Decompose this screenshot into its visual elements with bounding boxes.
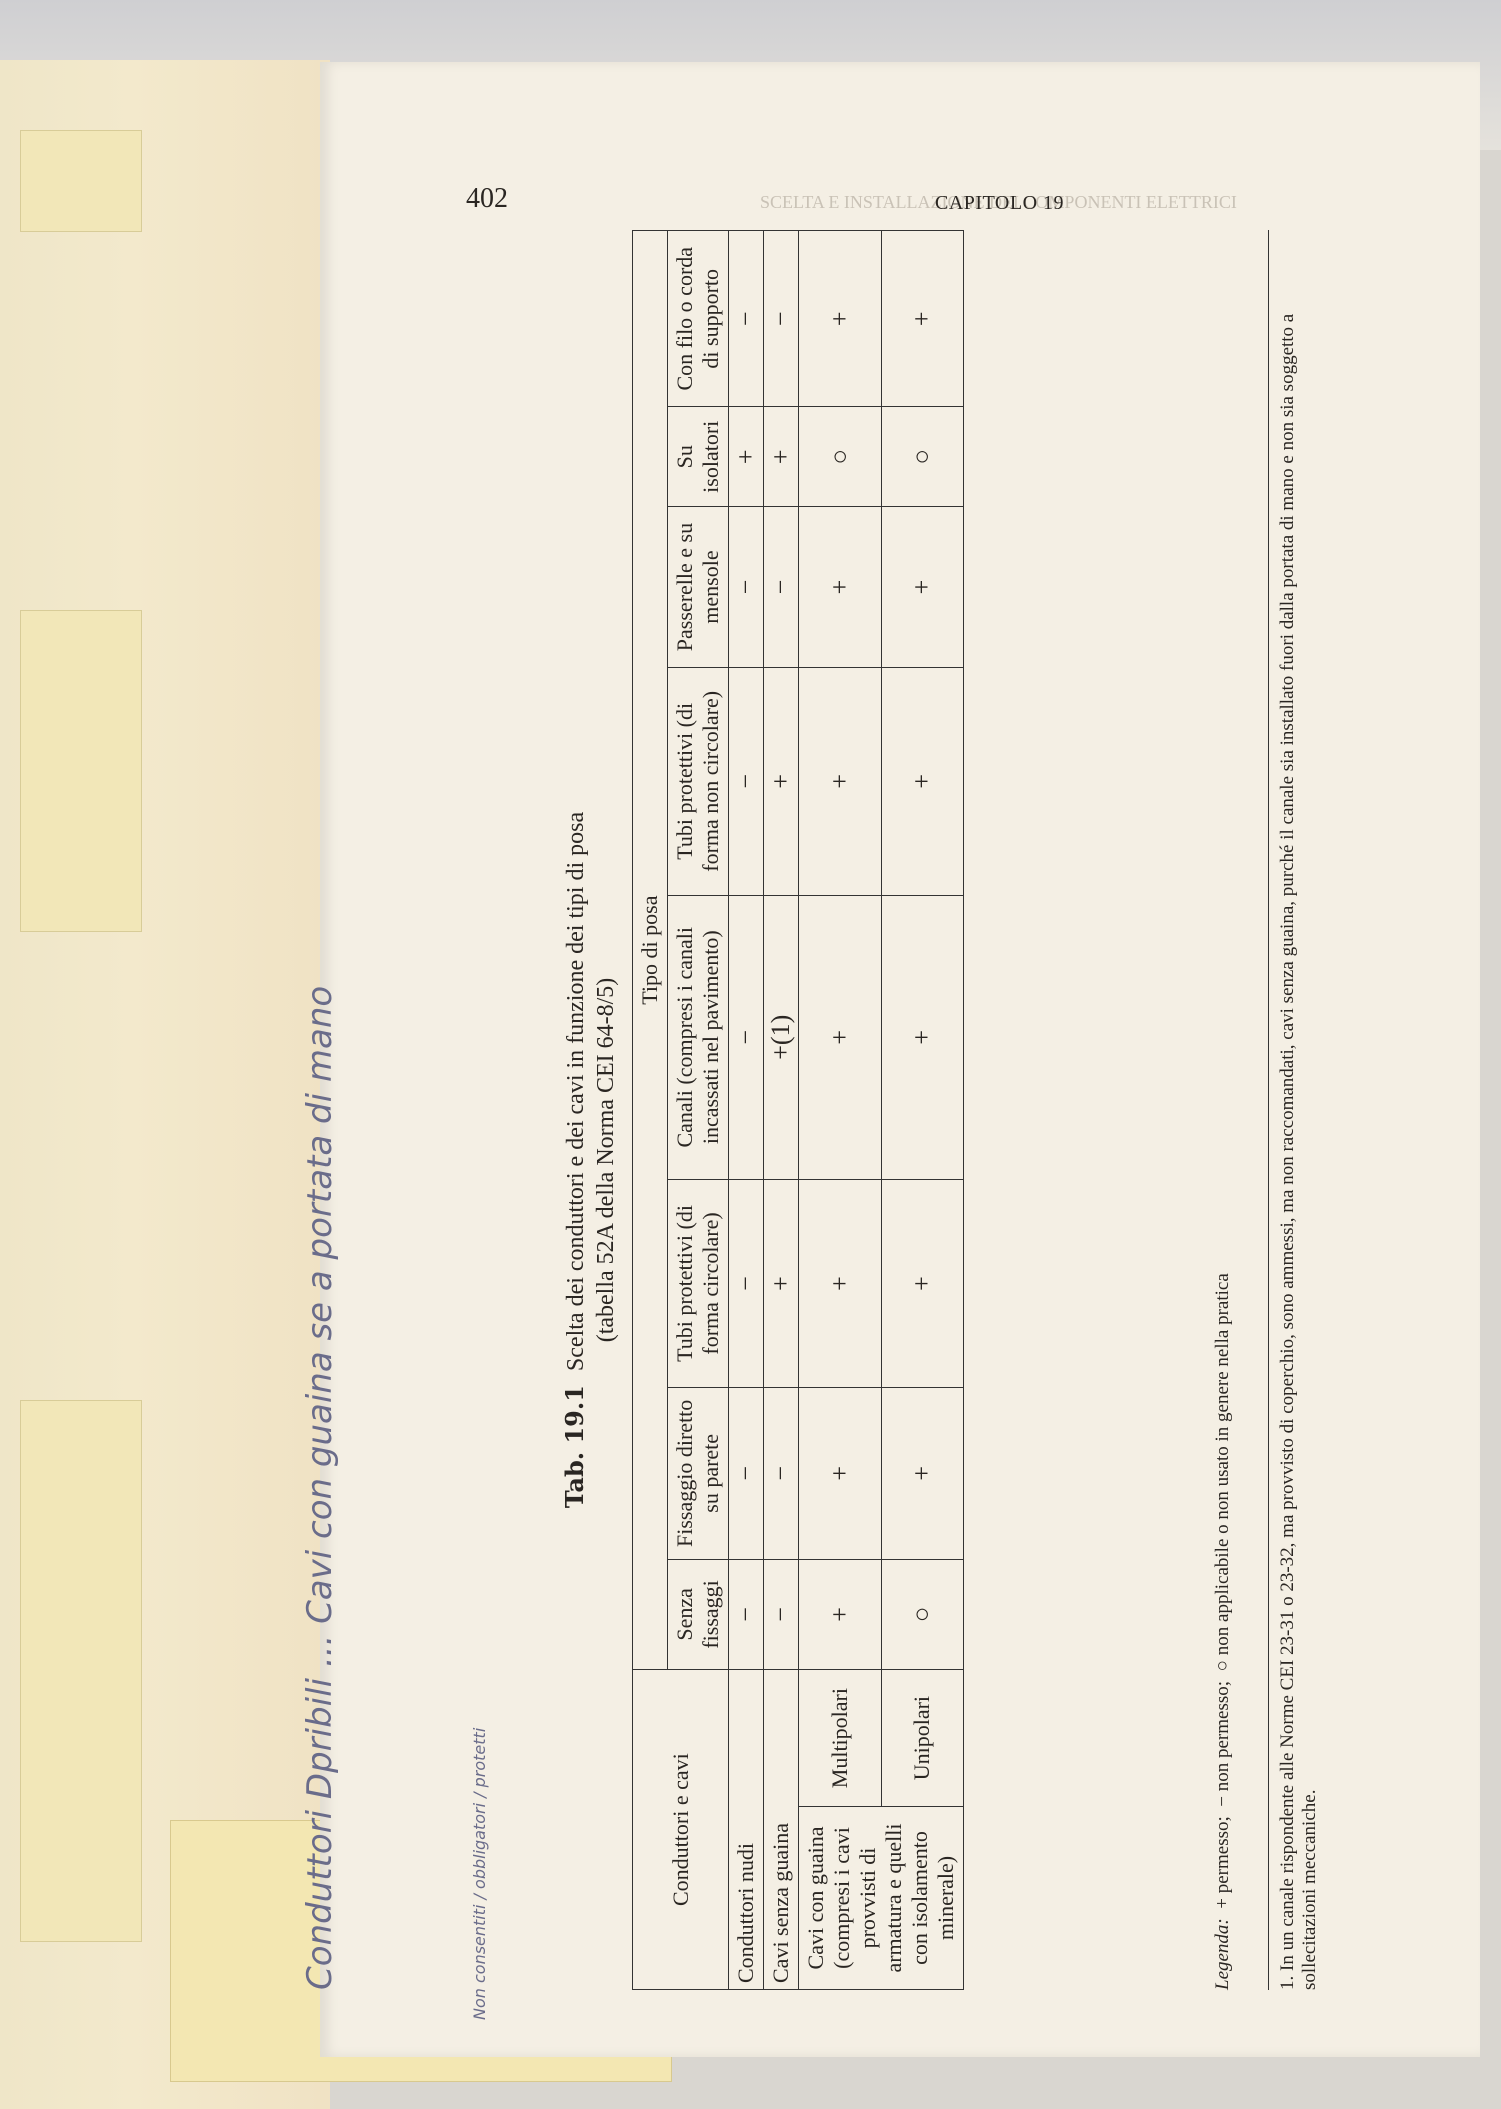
table-row: Cavi senza guaina − − + +(1) + − + −: [764, 231, 799, 1990]
chapter-header: CAPITOLO 19: [935, 192, 1064, 215]
table-row: Conduttori nudi − − − − − − + −: [729, 231, 764, 1990]
col-header: Su isolatori: [668, 407, 729, 507]
col-header: Con filo o corda di supporto: [668, 231, 729, 408]
table-title: Tab. 19.1Scelta dei conduttori e dei cav…: [560, 710, 621, 1610]
page-number: 402: [466, 183, 508, 215]
col-header: Fissaggio diretto su parete: [668, 1388, 729, 1559]
cable-installation-table: Conduttori e cavi Tipo di posa Senza fis…: [632, 230, 964, 1990]
handwritten-margin-note: Conduttori Dpribili ... Cavi con guaina …: [300, 190, 340, 1990]
legend: Legenda: + permesso; − non permesso; ○ n…: [1212, 1273, 1234, 1990]
col-header: Tubi protettivi (di forma non circolare): [668, 668, 729, 896]
table-label: Tab. 19.1: [560, 1385, 589, 1508]
handwritten-side-note: Non consentiti / obbligatori / protetti: [470, 1720, 489, 2020]
corner-header: Conduttori e cavi: [633, 1670, 729, 1990]
col-header: Passerelle e su mensole: [668, 507, 729, 668]
footnote: 1. In un canale rispondente alle Norme C…: [1268, 230, 1321, 1990]
col-header: Tubi protettivi (di forma circolare): [668, 1179, 729, 1387]
table-row: Unipolari ○ + + + + + ○ +: [881, 231, 964, 1990]
sticky-tab: [20, 610, 142, 932]
sticky-tab: [20, 1400, 142, 1942]
col-header: Senza fissaggi: [668, 1559, 729, 1670]
group-header: Tipo di posa: [633, 231, 668, 1670]
group-row-label: Cavi con guaina (compresi i cavi provvis…: [799, 1807, 964, 1990]
rotated-table-block: Tab. 19.1Scelta dei conduttori e dei cav…: [540, 230, 1300, 1990]
col-header: Canali (compresi i canali incassati nel …: [668, 895, 729, 1179]
sticky-tab: [20, 130, 142, 232]
table-row: Cavi con guaina (compresi i cavi provvis…: [799, 231, 882, 1990]
